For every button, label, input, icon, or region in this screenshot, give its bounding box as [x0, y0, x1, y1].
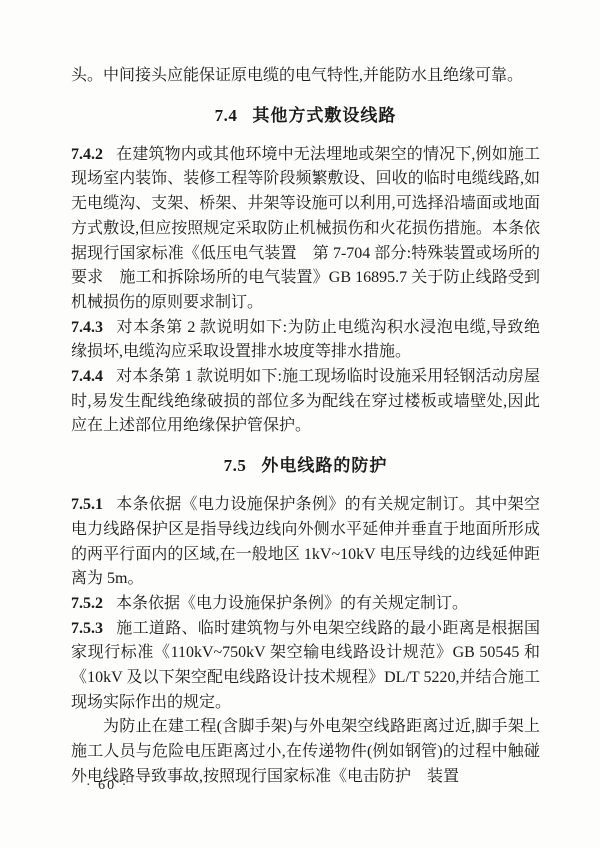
clause-7-5-2: 7.5.2本条依据《电力设施保护条例》的有关规定制订。	[71, 592, 540, 617]
clause-7-5-2-text: 本条依据《电力设施保护条例》的有关规定制订。	[116, 595, 468, 612]
clause-7-4-2-number: 7.4.2	[71, 146, 103, 163]
clause-7-5-2-number: 7.5.2	[71, 595, 103, 612]
page-text-block: 头。中间接头应能保证原电缆的电气特性,并能防水且绝缘可靠。 7.4其他方式敷设线…	[71, 64, 540, 790]
page-footer: · 60 ·	[86, 778, 128, 794]
section-7-4-title: 其他方式敷设线路	[252, 106, 396, 125]
clause-7-4-2: 7.4.2在建筑物内或其他环境中无法埋地或架空的情况下,例如施工现场室内装饰、装…	[71, 143, 540, 316]
clause-7-5-1: 7.5.1本条依据《电力设施保护条例》的有关规定制订。其中架空电力线路保护区是指…	[71, 493, 540, 592]
section-heading-7-5: 7.5外电线路的防护	[71, 453, 540, 478]
clause-7-5-3: 7.5.3施工道路、临时建筑物与外电架空线路的最小距离是根据国家现行标准《110…	[71, 617, 540, 716]
clause-7-4-3: 7.4.3对本条第 2 款说明如下:为防止电缆沟积水浸泡电缆,导致绝缘损坏,电缆…	[71, 316, 540, 365]
section-heading-7-4: 7.4其他方式敷设线路	[71, 103, 540, 128]
paragraph-external-line-note: 为防止在建工程(含脚手架)与外电架空线路距离过近,脚手架上施工人员与危险电压距离…	[71, 715, 540, 789]
clause-7-4-3-number: 7.4.3	[71, 319, 103, 336]
clause-7-4-3-text: 对本条第 2 款说明如下:为防止电缆沟积水浸泡电缆,导致绝缘损坏,电缆沟应采取设…	[71, 319, 540, 361]
clause-7-5-1-text: 本条依据《电力设施保护条例》的有关规定制订。其中架空电力线路保护区是指导线边线向…	[71, 496, 540, 587]
clause-7-4-4: 7.4.4对本条第 1 款说明如下:施工现场临时设施采用轻钢活动房屋时,易发生配…	[71, 365, 540, 439]
clause-7-4-4-number: 7.4.4	[71, 368, 103, 385]
continuation-paragraph: 头。中间接头应能保证原电缆的电气特性,并能防水且绝缘可靠。	[71, 64, 540, 89]
clause-7-5-3-text: 施工道路、临时建筑物与外电架空线路的最小距离是根据国家现行标准《110kV~75…	[71, 620, 540, 711]
clause-7-4-2-text: 在建筑物内或其他环境中无法埋地或架空的情况下,例如施工现场室内装饰、装修工程等阶…	[71, 146, 540, 311]
document-page: 头。中间接头应能保证原电缆的电气特性,并能防水且绝缘可靠。 7.4其他方式敷设线…	[0, 0, 600, 848]
clause-7-5-1-number: 7.5.1	[71, 496, 103, 513]
page-number: · 60 ·	[86, 778, 128, 793]
clause-7-5-3-number: 7.5.3	[71, 620, 103, 637]
clause-7-4-4-text: 对本条第 1 款说明如下:施工现场临时设施采用轻钢活动房屋时,易发生配线绝缘破损…	[71, 368, 540, 434]
section-7-5-title: 外电线路的防护	[261, 456, 387, 475]
section-7-4-number: 7.4	[215, 106, 238, 125]
section-7-5-number: 7.5	[224, 456, 247, 475]
